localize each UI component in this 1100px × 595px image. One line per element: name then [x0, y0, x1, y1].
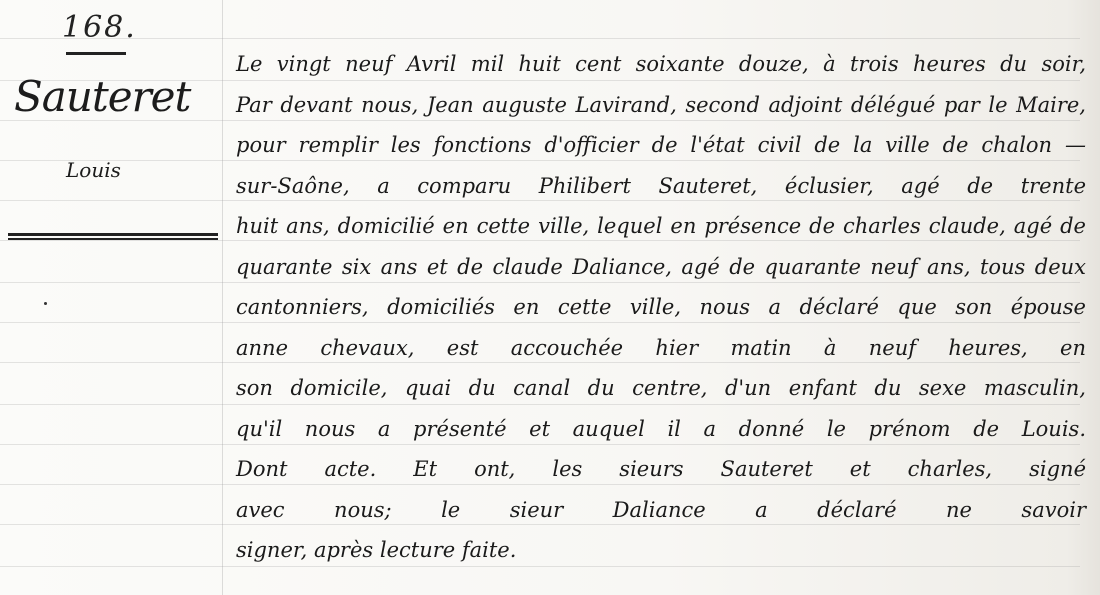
margin-line	[222, 0, 223, 595]
ink-spot	[44, 302, 47, 305]
text-line: avec nous; le sieur Daliance a déclaré n…	[236, 490, 1086, 531]
text-line: huit ans, domicilié en cette ville, lequ…	[236, 206, 1086, 247]
text-line: pour remplir les fonctions d'officier de…	[236, 125, 1086, 166]
margin-surname: Sauteret	[14, 72, 190, 121]
text-line: qu'il nous a présenté et auquel il a don…	[236, 409, 1086, 450]
record-body: Le vingt neuf Avril mil huit cent soixan…	[236, 44, 1086, 571]
record-number: 168.	[62, 10, 137, 45]
document-page: 168. Sauteret Louis Le vingt neuf Avril …	[0, 0, 1100, 595]
text-line: son domicile, quai du canal du centre, d…	[236, 368, 1086, 409]
text-line: Le vingt neuf Avril mil huit cent soixan…	[236, 44, 1086, 85]
text-line: signer, après lecture faite.	[236, 530, 1086, 571]
text-line: Dont acte. Et ont, les sieurs Sauteret e…	[236, 449, 1086, 490]
margin-forename: Louis	[66, 158, 121, 182]
record-number-underline	[66, 52, 126, 55]
text-line: anne chevaux, est accouchée hier matin à…	[236, 328, 1086, 369]
margin-double-rule	[8, 233, 218, 240]
text-line: cantonniers, domiciliés en cette ville, …	[236, 287, 1086, 328]
text-line: sur-Saône, a comparu Philibert Sauteret,…	[236, 166, 1086, 207]
text-line: Par devant nous, Jean auguste Lavirand, …	[236, 85, 1086, 126]
ruled-line	[0, 38, 1080, 39]
text-line: quarante six ans et de claude Daliance, …	[236, 247, 1086, 288]
